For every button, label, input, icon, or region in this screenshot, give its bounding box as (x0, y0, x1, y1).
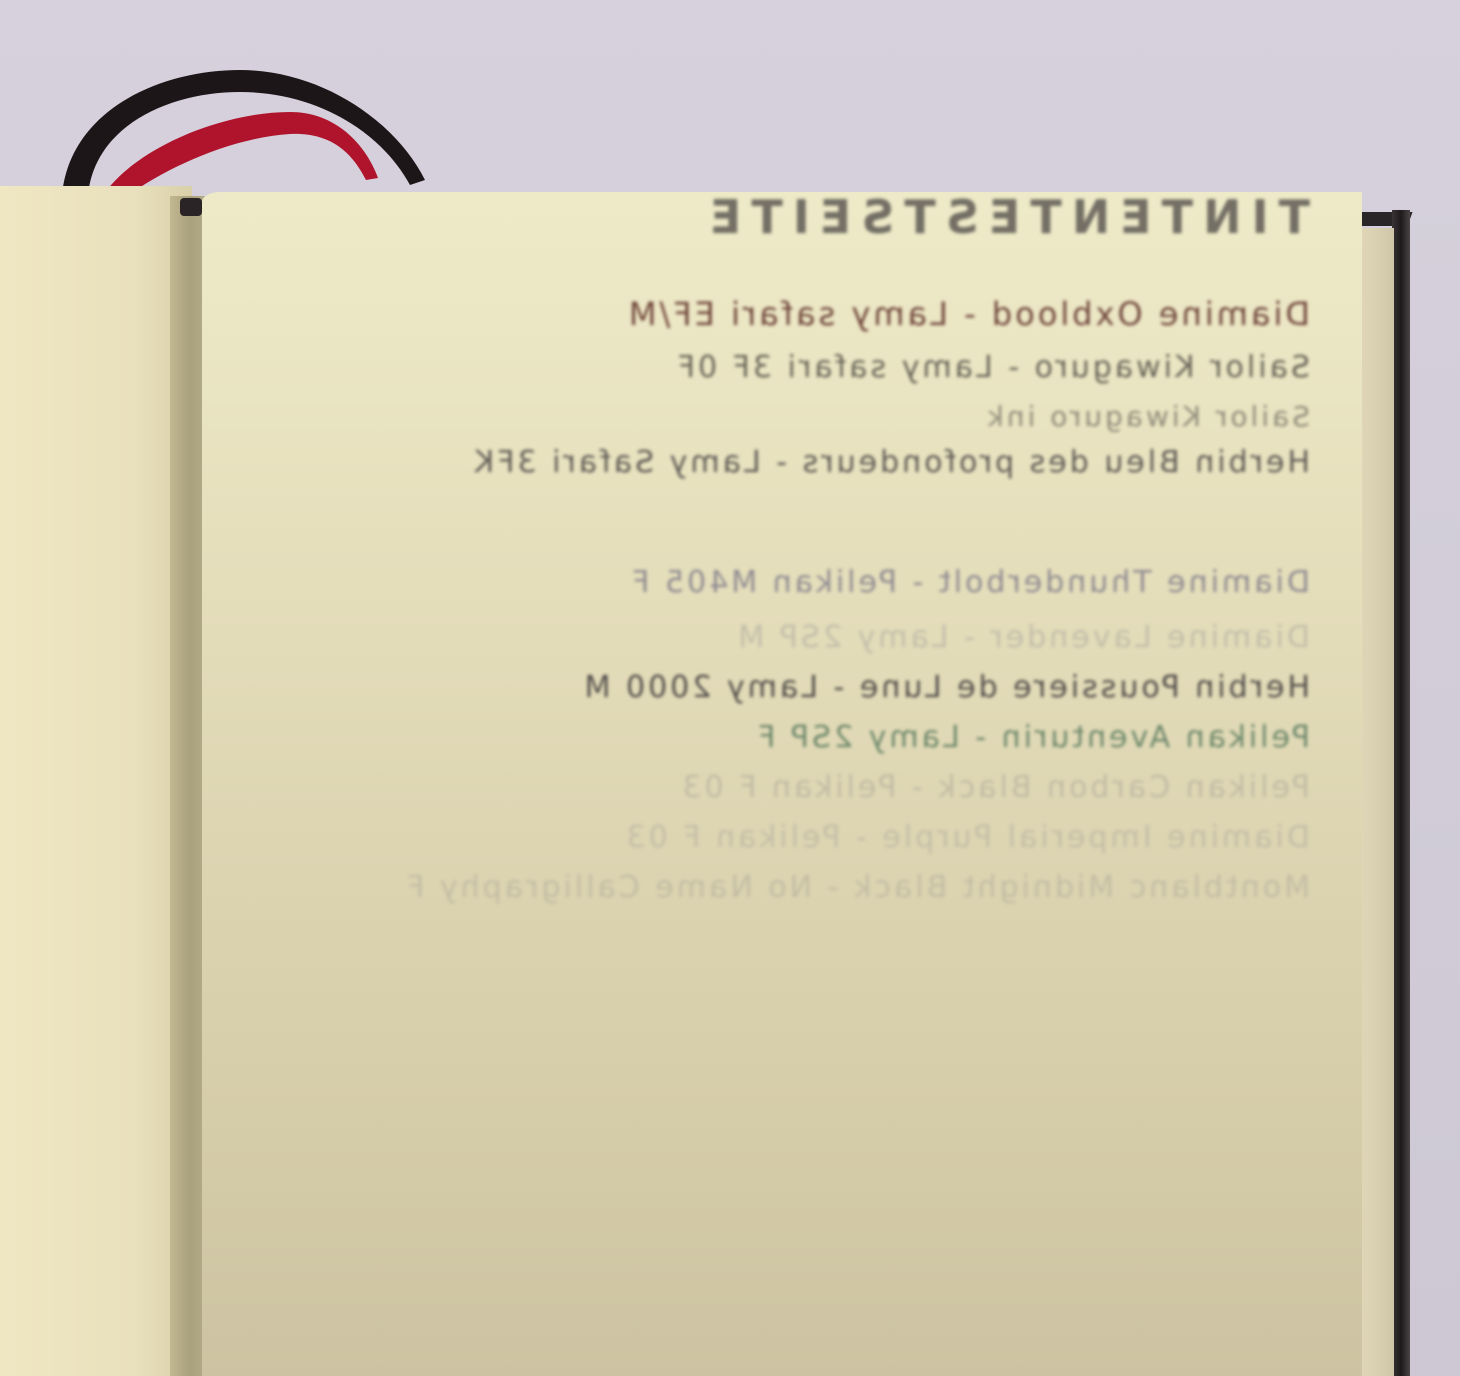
ink-test-line: Diamine Lavender - Lamy 2SP M (735, 620, 1310, 655)
ink-test-line: Diamine Imperial Purple - Pelikan F 03 (624, 820, 1310, 855)
ink-test-line: Herbin Poussiere de Lune - Lamy 2000 M (582, 670, 1310, 705)
ink-test-notes: TINTENTESTSEITE Diamine Oxblood - Lamy s… (230, 180, 1330, 900)
ink-test-line: Diamine Thunderbolt - Pelikan M405 F (629, 565, 1310, 600)
left-page (0, 186, 192, 1376)
ink-test-line: Pelikan Aventurin - Lamy 2SP F (755, 720, 1310, 755)
notes-heading: TINTENTESTSEITE (700, 190, 1310, 244)
ink-test-line: Montblanc Midnight Black - No Name Calli… (404, 870, 1310, 905)
ink-test-line: Pelikan Carbon Black - Pelikan F 03 (680, 770, 1311, 805)
ink-test-line: Herbin Bleu des profondeurs - Lamy Safar… (472, 445, 1310, 480)
ink-test-line: Diamine Oxblood - Lamy safari EF/M (626, 295, 1310, 333)
ink-test-line: Sailor Kiwaguro - Lamy safari 3F 0F (675, 350, 1310, 385)
spine-headband (180, 198, 202, 216)
notebook-cover-edge (1392, 210, 1410, 1376)
ink-test-line: Sailor Kiwaguro ink (985, 400, 1310, 433)
